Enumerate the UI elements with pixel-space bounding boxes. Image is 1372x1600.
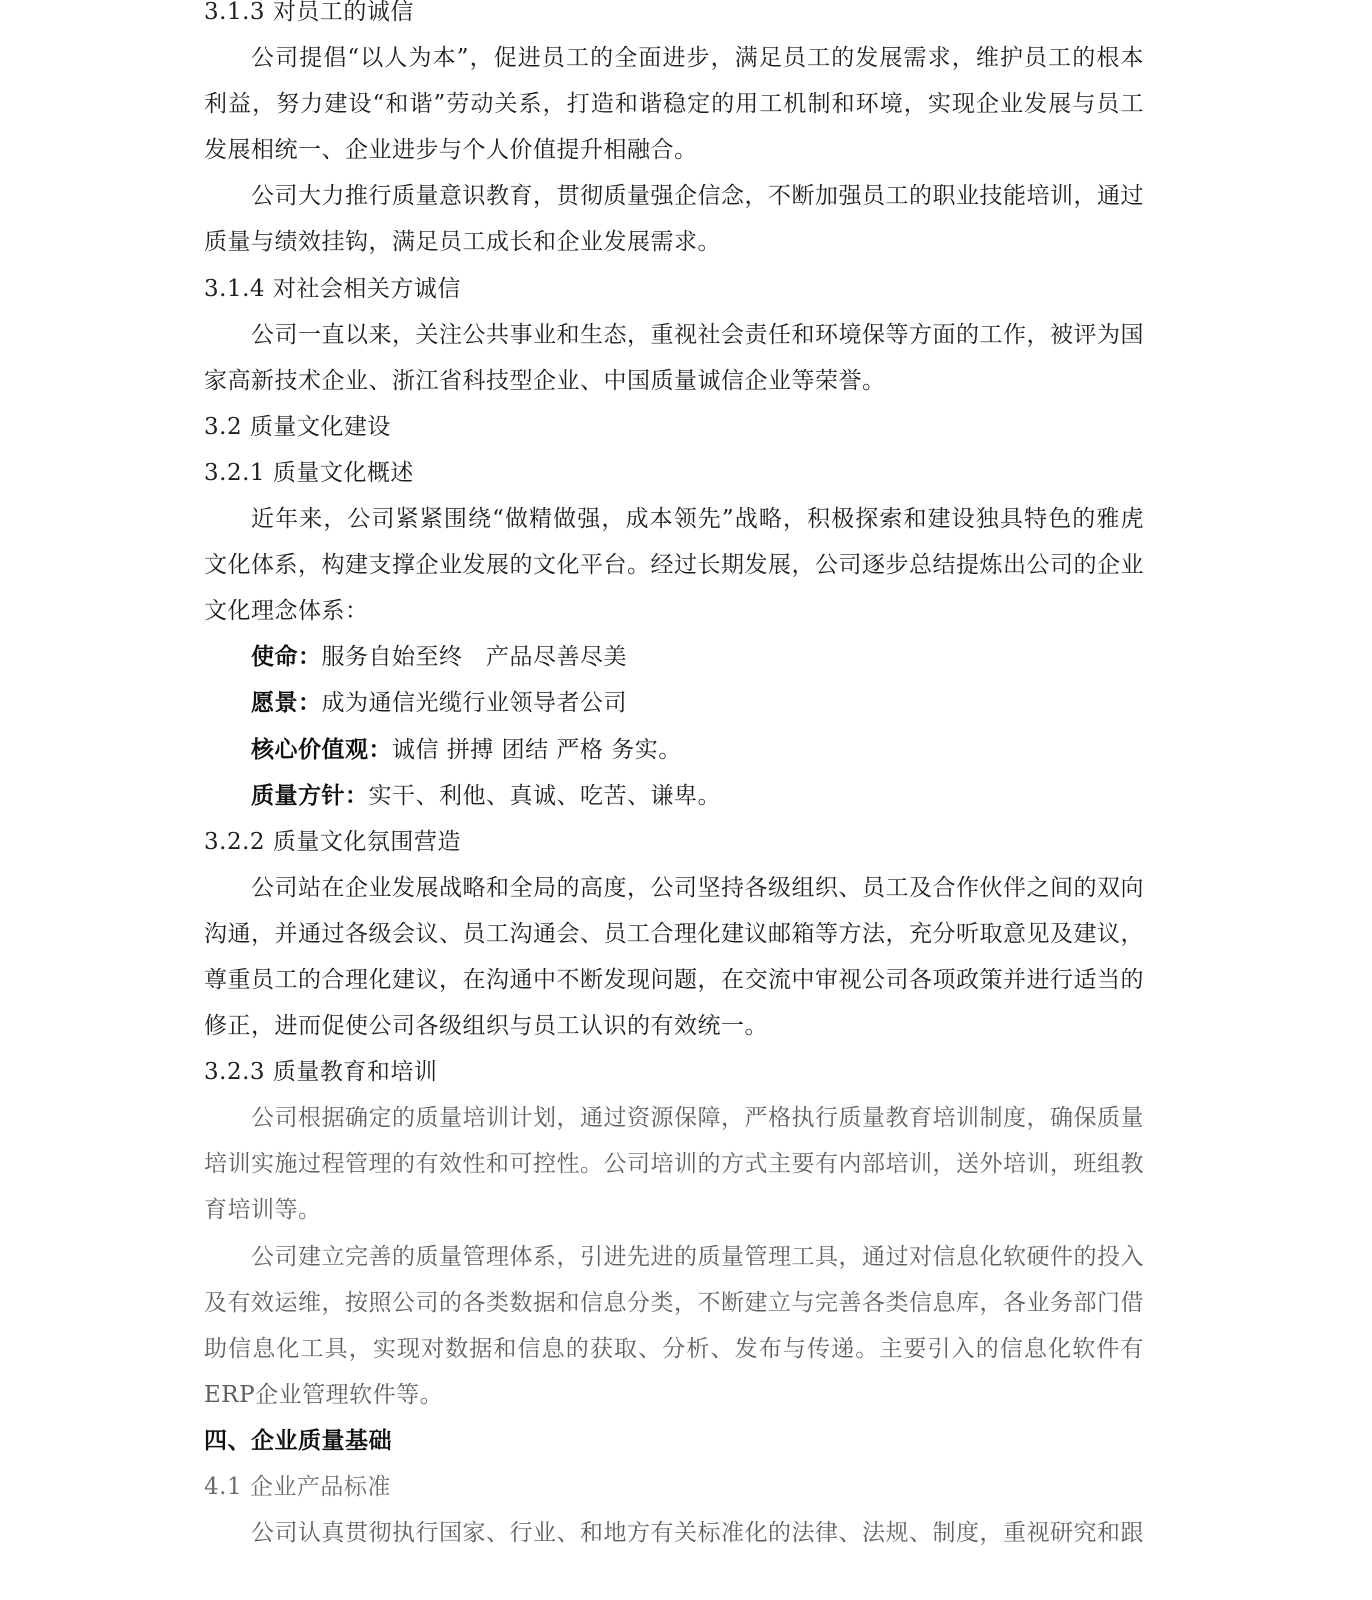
culture-key: 愿景： [251, 689, 322, 716]
paragraph: 公司站在企业发展战略和全局的高度，公司坚持各级组织、员工及合作伙伴之间的双向沟通… [204, 865, 1144, 1049]
paragraph: 公司认真贯彻执行国家、行业、和地方有关标准化的法律、法规、制度，重视研究和跟 [204, 1510, 1144, 1556]
culture-key: 质量方针： [251, 782, 369, 809]
paragraph: 公司根据确定的质量培训计划，通过资源保障，严格执行质量教育培训制度，确保质量培训… [204, 1095, 1144, 1233]
culture-key: 核心价值观： [251, 736, 392, 763]
culture-value: 成为通信光缆行业领导者公司 [322, 690, 628, 716]
culture-vision: 愿景：成为通信光缆行业领导者公司 [204, 680, 1144, 726]
culture-mission: 使命：服务自始至终 产品尽善尽美 [204, 634, 1144, 680]
paragraph: 公司提倡“以人为本”，促进员工的全面进步，满足员工的发展需求，维护员工的根本利益… [204, 35, 1144, 173]
section-heading-3-2: 3.2 质量文化建设 [204, 404, 1144, 450]
culture-quality-policy: 质量方针：实干、利他、真诚、吃苦、谦卑。 [204, 773, 1144, 819]
paragraph: 近年来，公司紧紧围绕“做精做强，成本领先”战略，积极探索和建设独具特色的雅虎文化… [204, 496, 1144, 634]
chapter-heading-4: 四、企业质量基础 [204, 1418, 1144, 1464]
culture-core-values: 核心价值观：诚信 拼搏 团结 严格 务实。 [204, 727, 1144, 773]
document-page: 3.1.3 对员工的诚信 公司提倡“以人为本”，促进员工的全面进步，满足员工的发… [204, 0, 1144, 1556]
paragraph: 公司建立完善的质量管理体系，引进先进的质量管理工具，通过对信息化软硬件的投入及有… [204, 1234, 1144, 1418]
culture-value: 诚信 拼搏 团结 严格 务实。 [392, 737, 682, 763]
culture-key: 使命： [251, 643, 322, 670]
section-heading-3-1-4: 3.1.4 对社会相关方诚信 [204, 266, 1144, 312]
culture-value: 服务自始至终 产品尽善尽美 [322, 644, 628, 670]
section-heading-3-2-3: 3.2.3 质量教育和培训 [204, 1049, 1144, 1095]
section-heading-3-2-2: 3.2.2 质量文化氛围营造 [204, 819, 1144, 865]
culture-value: 实干、利他、真诚、吃苦、谦卑。 [369, 783, 722, 809]
paragraph: 公司一直以来，关注公共事业和生态，重视社会责任和环境保等方面的工作，被评为国家高… [204, 312, 1144, 404]
section-heading-3-2-1: 3.2.1 质量文化概述 [204, 450, 1144, 496]
paragraph: 公司大力推行质量意识教育，贯彻质量强企信念，不断加强员工的职业技能培训，通过质量… [204, 173, 1144, 265]
section-heading-4-1: 4.1 企业产品标准 [204, 1464, 1144, 1510]
section-heading-3-1-3: 3.1.3 对员工的诚信 [204, 0, 1144, 35]
